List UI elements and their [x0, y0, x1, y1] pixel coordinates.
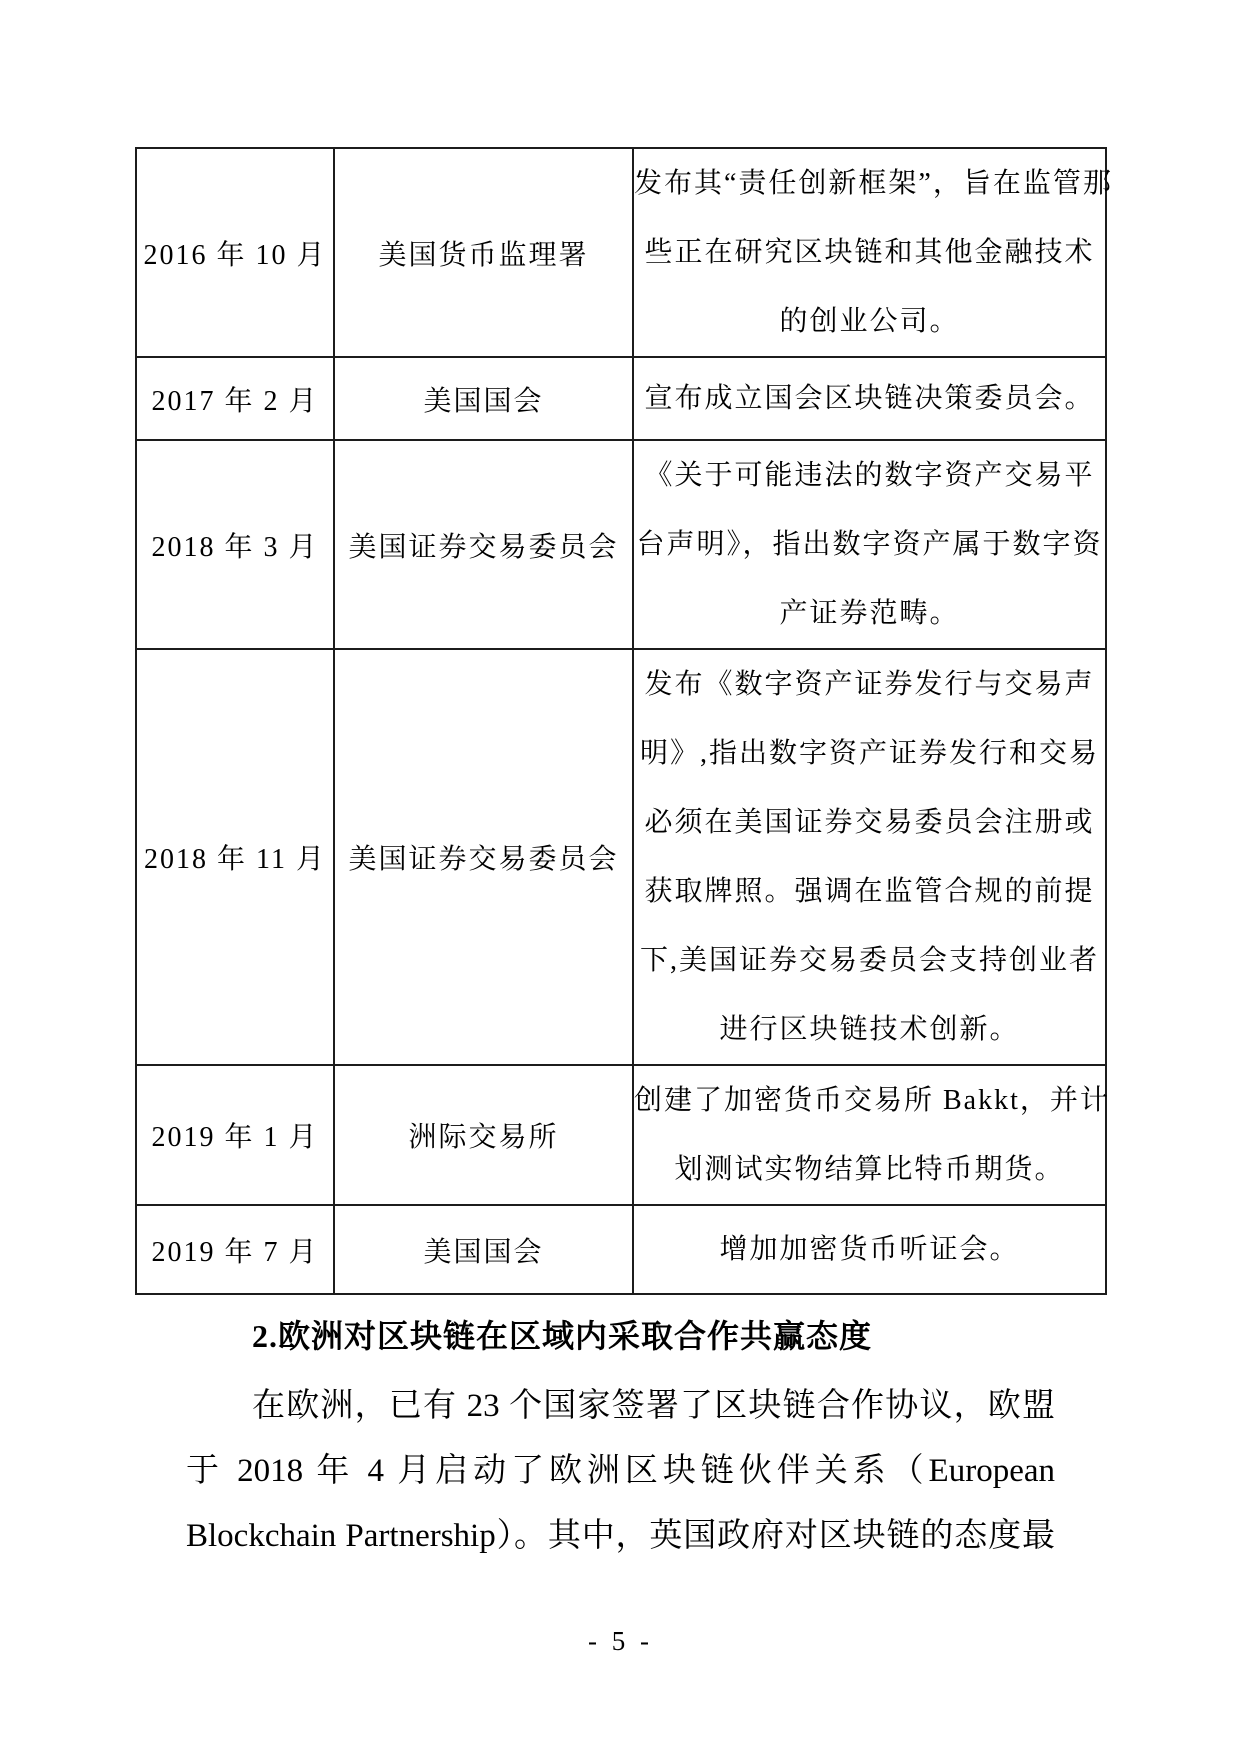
description-line: 些正在研究区块链和其他金融技术	[634, 218, 1105, 287]
description-line: 发布《数字资产证券发行与交易声	[634, 650, 1105, 719]
table-row: 2016 年 10 月美国货币监理署发布其“责任创新框架”，旨在监管那些正在研究…	[136, 148, 1106, 357]
paragraph-line: 在欧洲，已有 23 个国家签署了区块链合作协议，欧盟	[186, 1374, 1055, 1439]
paragraph-line: 于 2018 年 4 月启动了欧洲区块链伙伴关系（European	[186, 1439, 1055, 1504]
regulation-table-body: 2016 年 10 月美国货币监理署发布其“责任创新框架”，旨在监管那些正在研究…	[136, 148, 1106, 1294]
regulation-events-table: 2016 年 10 月美国货币监理署发布其“责任创新框架”，旨在监管那些正在研究…	[135, 147, 1107, 1295]
table-row: 2018 年 11 月美国证券交易委员会发布《数字资产证券发行与交易声明》,指出…	[136, 649, 1106, 1065]
description-line: 增加加密货币听证会。	[634, 1215, 1105, 1284]
cell-description: 创建了加密货币交易所 Bakkt，并计划测试实物结算比特币期货。	[633, 1065, 1106, 1205]
description-line: 宣布成立国会区块链决策委员会。	[634, 364, 1105, 433]
cell-date: 2018 年 3 月	[136, 440, 334, 649]
description-line: 划测试实物结算比特币期货。	[634, 1135, 1105, 1204]
cell-organization: 洲际交易所	[334, 1065, 633, 1205]
description-line: 明》,指出数字资产证券发行和交易	[634, 719, 1105, 788]
cell-description: 发布《数字资产证券发行与交易声明》,指出数字资产证券发行和交易必须在美国证券交易…	[633, 649, 1106, 1065]
table-row: 2018 年 3 月美国证券交易委员会《关于可能违法的数字资产交易平台声明》，指…	[136, 440, 1106, 649]
cell-date: 2019 年 1 月	[136, 1065, 334, 1205]
table-row: 2019 年 1 月洲际交易所创建了加密货币交易所 Bakkt，并计划测试实物结…	[136, 1065, 1106, 1205]
cell-description: 增加加密货币听证会。	[633, 1205, 1106, 1294]
cell-organization: 美国证券交易委员会	[334, 440, 633, 649]
cell-description: 宣布成立国会区块链决策委员会。	[633, 357, 1106, 440]
cell-date: 2018 年 11 月	[136, 649, 334, 1065]
description-line: 发布其“责任创新框架”，旨在监管那	[634, 149, 1105, 218]
description-line: 产证券范畴。	[634, 579, 1105, 648]
paragraph-line: Blockchain Partnership）。其中，英国政府对区块链的态度最	[186, 1504, 1055, 1569]
cell-description: 发布其“责任创新框架”，旨在监管那些正在研究区块链和其他金融技术的创业公司。	[633, 148, 1106, 357]
description-line: 创建了加密货币交易所 Bakkt，并计	[634, 1066, 1105, 1135]
table-row: 2019 年 7 月美国国会增加加密货币听证会。	[136, 1205, 1106, 1294]
description-line: 获取牌照。强调在监管合规的前提	[634, 857, 1105, 926]
cell-date: 2017 年 2 月	[136, 357, 334, 440]
cell-date: 2016 年 10 月	[136, 148, 334, 357]
page-number: - 5 -	[0, 1626, 1241, 1657]
table-row: 2017 年 2 月美国国会宣布成立国会区块链决策委员会。	[136, 357, 1106, 440]
description-line: 台声明》，指出数字资产属于数字资	[634, 510, 1105, 579]
cell-organization: 美国货币监理署	[334, 148, 633, 357]
cell-organization: 美国证券交易委员会	[334, 649, 633, 1065]
description-line: 下,美国证券交易委员会支持创业者	[634, 926, 1105, 995]
section-heading: 2.欧洲对区块链在区域内采取合作共赢态度	[186, 1316, 1055, 1356]
description-line: 进行区块链技术创新。	[634, 995, 1105, 1064]
document-page: 2016 年 10 月美国货币监理署发布其“责任创新框架”，旨在监管那些正在研究…	[0, 0, 1241, 1754]
cell-organization: 美国国会	[334, 1205, 633, 1294]
description-line: 《关于可能违法的数字资产交易平	[634, 441, 1105, 510]
description-line: 的创业公司。	[634, 287, 1105, 356]
cell-description: 《关于可能违法的数字资产交易平台声明》，指出数字资产属于数字资产证券范畴。	[633, 440, 1106, 649]
cell-date: 2019 年 7 月	[136, 1205, 334, 1294]
description-line: 必须在美国证券交易委员会注册或	[634, 788, 1105, 857]
cell-organization: 美国国会	[334, 357, 633, 440]
body-paragraph: 在欧洲，已有 23 个国家签署了区块链合作协议，欧盟于 2018 年 4 月启动…	[186, 1374, 1055, 1569]
